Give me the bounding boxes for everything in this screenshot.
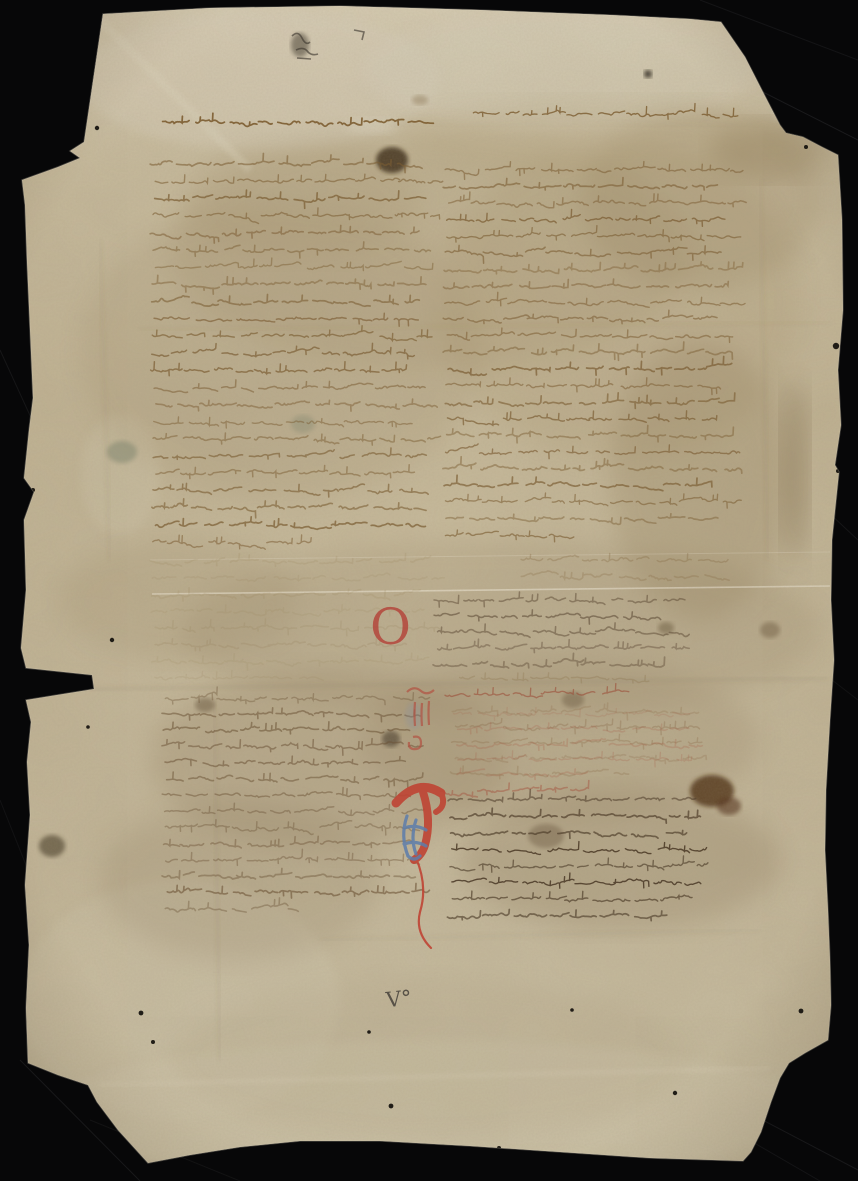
wormhole [799, 1009, 804, 1014]
wormhole [139, 1011, 144, 1016]
manuscript-photograph: O V° [0, 0, 858, 1181]
wormhole [110, 638, 114, 642]
initial-o-lombardic: O [370, 598, 411, 656]
manuscript-leaf-scene: O V° [0, 0, 858, 1181]
wormhole [833, 343, 839, 349]
wormhole [151, 1040, 155, 1044]
wormhole [570, 1008, 574, 1012]
wormhole [95, 126, 99, 130]
wormhole [367, 1030, 371, 1034]
wormhole [804, 145, 808, 149]
wormhole [86, 725, 90, 729]
folio-mark-verso: V° [384, 986, 413, 1013]
wormhole [673, 1091, 677, 1095]
edge-vignette [0, 0, 858, 1181]
wormhole [389, 1104, 394, 1109]
